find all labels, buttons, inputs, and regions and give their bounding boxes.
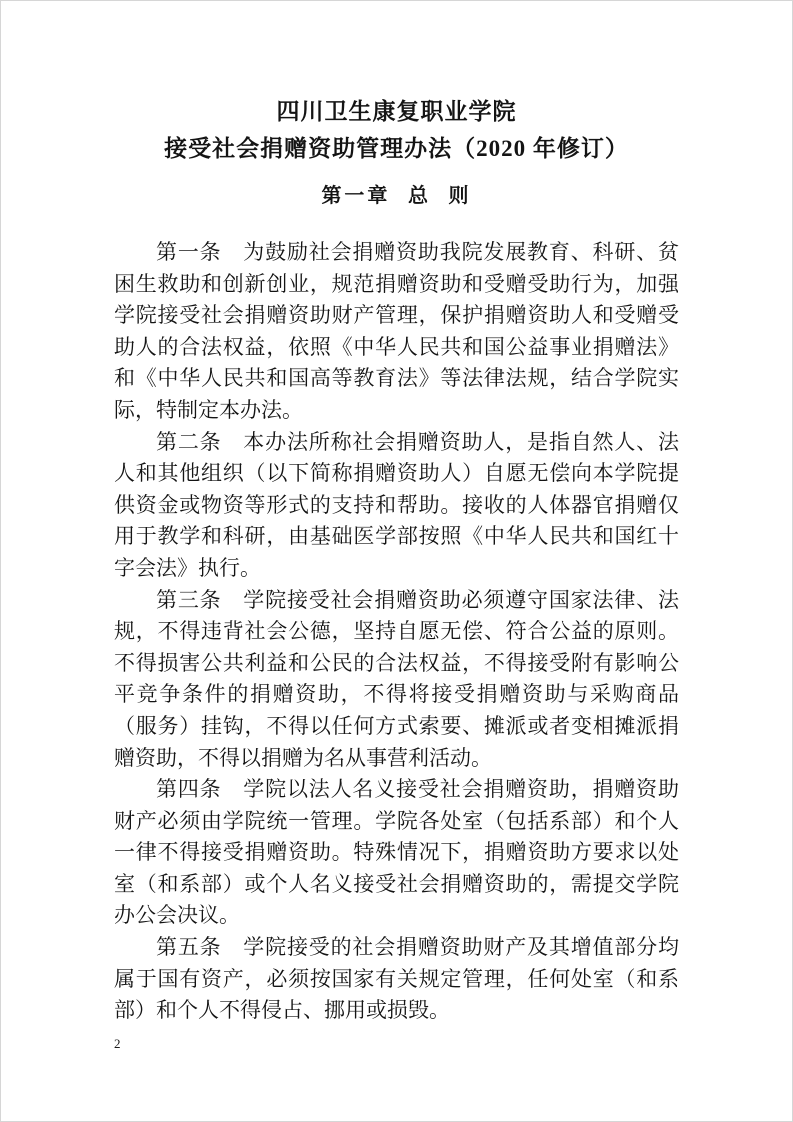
body-line: 第二条 本办法所称社会捐赠资助人，是指自然人、法: [114, 427, 679, 459]
body-line: 学院接受社会捐赠资助财产管理，保护捐赠资助人和受赠受: [114, 300, 679, 332]
document-title-line1: 四川卫生康复职业学院: [114, 93, 679, 130]
body-line: 困生救助和创新创业，规范捐赠资助和受赠受助行为，加强: [114, 269, 679, 301]
body-line: 不得损害公共利益和公民的合法权益，不得接受附有影响公: [114, 648, 679, 680]
body-line: 办公会决议。: [114, 900, 679, 932]
body-line: 第三条 学院接受社会捐赠资助必须遵守国家法律、法: [114, 585, 679, 617]
body-line: 规，不得违背社会公德，坚持自愿无偿、符合公益的原则。: [114, 616, 679, 648]
document-title: 四川卫生康复职业学院 接受社会捐赠资助管理办法（2020 年修订）: [114, 93, 679, 167]
page-content: 四川卫生康复职业学院 接受社会捐赠资助管理办法（2020 年修订） 第一章 总 …: [1, 1, 792, 1052]
body-line: 际，特制定本办法。: [114, 395, 679, 427]
article-2-paragraph: 第二条 本办法所称社会捐赠资助人，是指自然人、法 人和其他组织（以下简称捐赠资助…: [114, 427, 679, 585]
body-line: 部）和个人不得侵占、挪用或损毁。: [114, 995, 679, 1027]
body-line: 一律不得接受捐赠资助。特殊情况下，捐赠资助方要求以处: [114, 837, 679, 869]
article-4-paragraph: 第四条 学院以法人名义接受社会捐赠资助，捐赠资助 财产必须由学院统一管理。学院各…: [114, 774, 679, 932]
body-line: 平竞争条件的捐赠资助，不得将接受捐赠资助与采购商品: [114, 679, 679, 711]
body-line: 用于教学和科研，由基础医学部按照《中华人民共和国红十: [114, 521, 679, 553]
page-number: 2: [114, 1036, 679, 1052]
body-line: 第一条 为鼓励社会捐赠资助我院发展教育、科研、贫: [114, 237, 679, 269]
chapter-heading: 第一章 总 则: [114, 181, 679, 211]
body-line: 字会法》执行。: [114, 553, 679, 585]
body-line: 和《中华人民共和国高等教育法》等法律法规，结合学院实: [114, 363, 679, 395]
document-page: { "page": { "number": "2", "background_c…: [0, 0, 793, 1122]
body-line: 属于国有资产，必须按国家有关规定管理，任何处室（和系: [114, 964, 679, 996]
body-line: 人和其他组织（以下简称捐赠资助人）自愿无偿向本学院提: [114, 458, 679, 490]
body-line: 第五条 学院接受的社会捐赠资助财产及其增值部分均: [114, 932, 679, 964]
body-line: 供资金或物资等形式的支持和帮助。接收的人体器官捐赠仅: [114, 490, 679, 522]
article-5-paragraph: 第五条 学院接受的社会捐赠资助财产及其增值部分均 属于国有资产，必须按国家有关规…: [114, 932, 679, 1027]
body-line: （服务）挂钩，不得以任何方式索要、摊派或者变相摊派捐: [114, 711, 679, 743]
body-line: 第四条 学院以法人名义接受社会捐赠资助，捐赠资助: [114, 774, 679, 806]
document-body: 第一条 为鼓励社会捐赠资助我院发展教育、科研、贫 困生救助和创新创业，规范捐赠资…: [114, 237, 679, 1027]
body-line: 赠资助，不得以捐赠为名从事营利活动。: [114, 743, 679, 775]
body-line: 财产必须由学院统一管理。学院各处室（包括系部）和个人: [114, 806, 679, 838]
body-line: 助人的合法权益，依照《中华人民共和国公益事业捐赠法》: [114, 332, 679, 364]
article-1-paragraph: 第一条 为鼓励社会捐赠资助我院发展教育、科研、贫 困生救助和创新创业，规范捐赠资…: [114, 237, 679, 427]
document-title-line2: 接受社会捐赠资助管理办法（2020 年修订）: [114, 130, 679, 167]
article-3-paragraph: 第三条 学院接受社会捐赠资助必须遵守国家法律、法 规，不得违背社会公德，坚持自愿…: [114, 585, 679, 775]
body-line: 室（和系部）或个人名义接受社会捐赠资助的，需提交学院: [114, 869, 679, 901]
